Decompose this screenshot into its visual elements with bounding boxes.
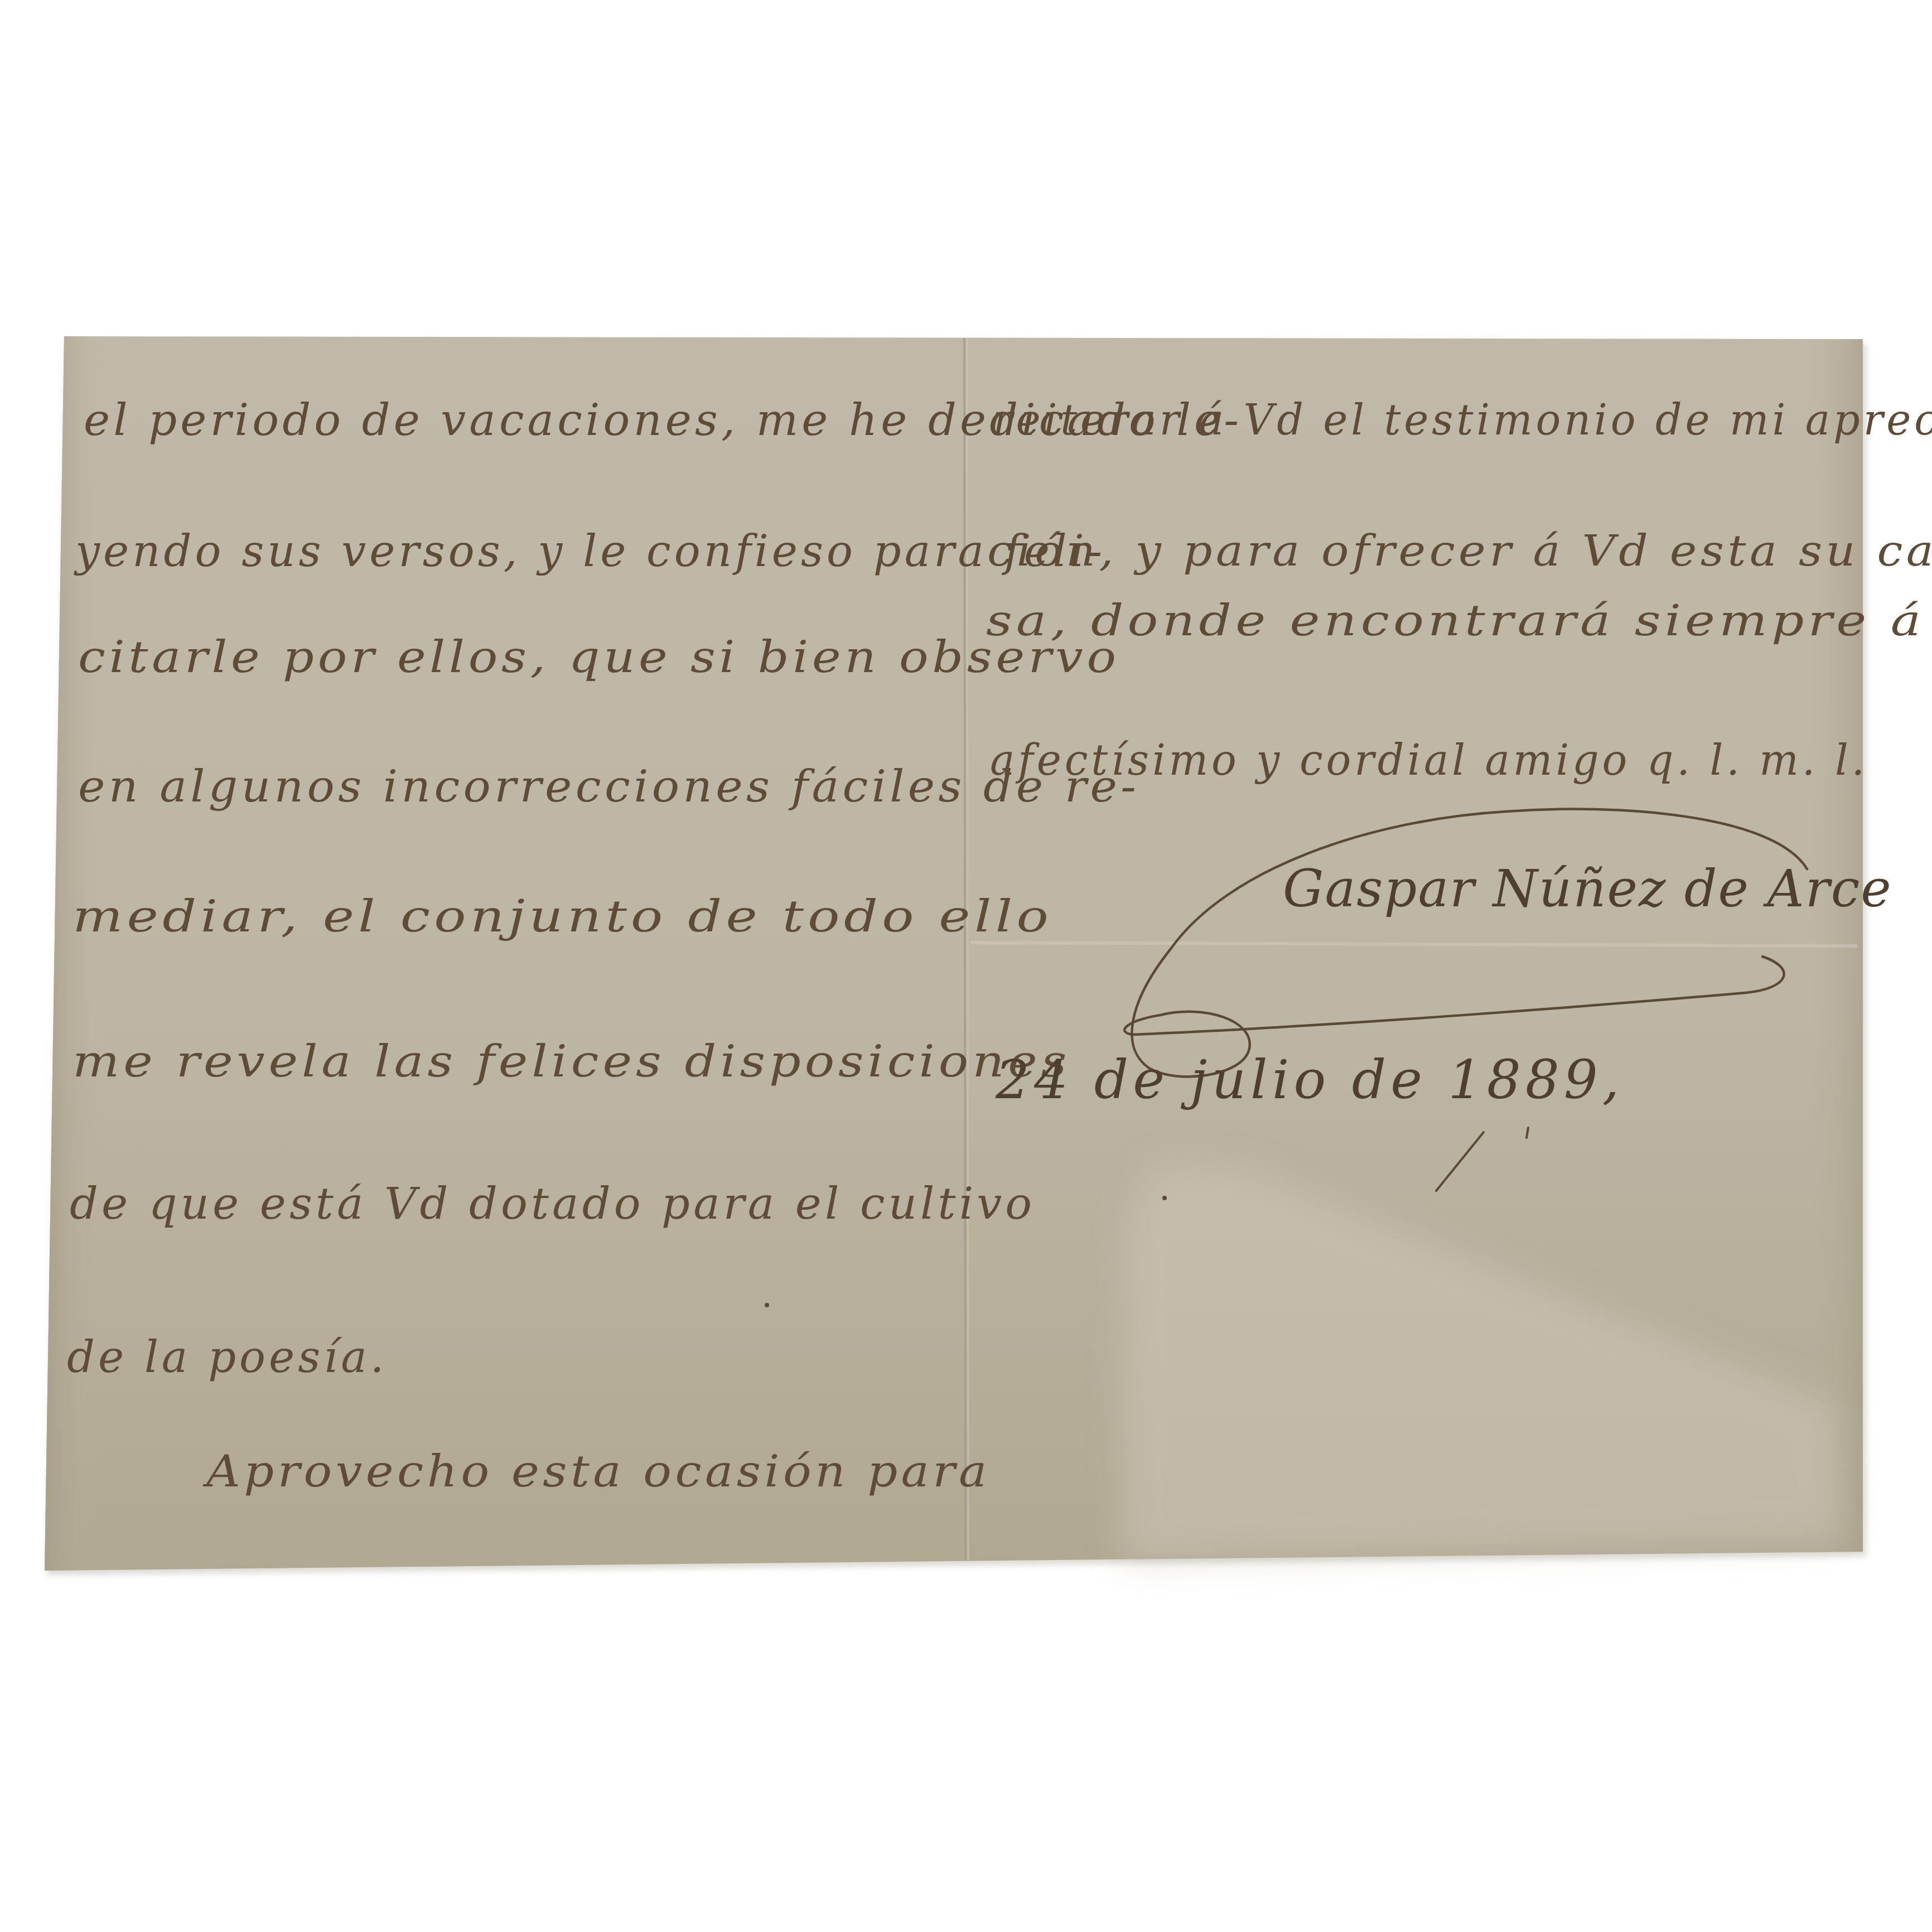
letter-line: reiterar á Vd el testimonio de mi apreci…	[993, 399, 1932, 441]
center-fold	[964, 338, 965, 1561]
letter-line: de la poesía.	[67, 1336, 387, 1379]
letter-line: me revela las felices disposiciones	[73, 1040, 1070, 1084]
signature: Gaspar Núñez de Arce	[1283, 859, 1892, 919]
letter-line: citarle por ellos, que si bien observo	[78, 636, 1120, 679]
letter-line: de que está Vd dotado para el cultivo	[70, 1182, 1035, 1226]
letter-line: Aprovecho esta ocasión para	[206, 1450, 991, 1494]
paper-graphic	[0, 0, 1932, 1932]
letter-line: en algunos incorrecciones fáciles de re-	[78, 765, 1139, 809]
letter-line: afectísimo y cordial amigo q. l. m. l.	[990, 739, 1868, 781]
letter-line: ción, y para ofrecer á Vd esta su ca-	[987, 530, 1932, 572]
letter-line: mediar, el conjunto de todo ello	[73, 895, 1052, 939]
letter-line: sa, donde encontrará siempre á su	[986, 600, 1932, 642]
letter-date: 24 de julio de 1889,	[996, 1049, 1624, 1111]
letter-sheet: el periodo de vacaciones, me he dedicado…	[0, 0, 1932, 1932]
letter-line: yendo sus versos, y le confieso para fel…	[75, 530, 1105, 573]
